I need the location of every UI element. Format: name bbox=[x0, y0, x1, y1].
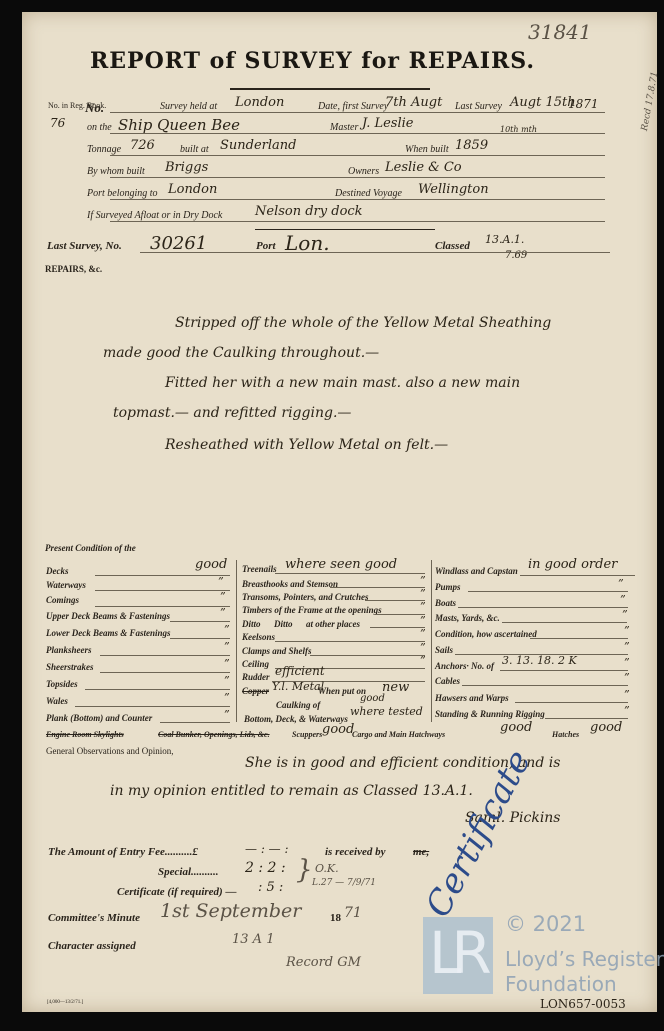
entry-fee-label: The Amount of Entry Fee..........£ bbox=[48, 846, 198, 858]
special-value: 2 : 2 : bbox=[245, 860, 286, 876]
row-line bbox=[458, 607, 628, 608]
row-line bbox=[85, 689, 230, 690]
when-built-note: 10th mth bbox=[500, 125, 537, 134]
by-whom-built-label: By whom built bbox=[87, 166, 145, 177]
cond-transoms-label: Transoms, Pointers, and Crutches bbox=[242, 592, 368, 602]
survey-report-page bbox=[22, 12, 657, 1012]
cargo-hatchways-value: good bbox=[500, 720, 532, 735]
cond-masts-label: Masts, Yards, &c. bbox=[435, 613, 500, 623]
cond-decks-label: Decks bbox=[46, 566, 69, 576]
section-divider bbox=[255, 229, 435, 230]
special-label: Special.......... bbox=[158, 866, 219, 878]
cond-wales-label: Wales bbox=[46, 696, 68, 706]
committee-year-prefix: 18 bbox=[330, 912, 341, 924]
date-first-survey-value: 7th Augt bbox=[385, 95, 442, 110]
row-line bbox=[75, 706, 230, 707]
cond-sheerstrakes-label: Sheerstrakes bbox=[46, 662, 94, 672]
coal-bunker-label: Coal Bunker, Openings, Lids, &c. bbox=[158, 730, 270, 739]
last-survey-port-label: Port bbox=[256, 240, 276, 252]
lr-logo-icon: LR bbox=[423, 917, 493, 994]
row-line bbox=[310, 655, 425, 656]
classed-label: Classed bbox=[435, 240, 470, 252]
port-belonging-label: Port belonging to bbox=[87, 188, 158, 199]
cond-breasthooks-value: ” bbox=[420, 574, 426, 587]
row-line bbox=[95, 575, 230, 576]
observations-line-2: in my opinion entitled to remain as Clas… bbox=[110, 783, 473, 799]
committee-minute-value: 1st September bbox=[160, 900, 301, 922]
watermark-line-1: Lloyd’s Register bbox=[505, 947, 664, 971]
cond-boats-label: Boats bbox=[435, 598, 456, 608]
row-line bbox=[530, 638, 628, 639]
by-whom-built-value: Briggs bbox=[165, 160, 208, 175]
character-assigned-label: Character assigned bbox=[48, 940, 136, 952]
cond-lower-deck-label: Lower Deck Beams & Fastenings bbox=[46, 628, 171, 638]
record-note: Record GM bbox=[286, 955, 361, 970]
cond-hawsers-label: Hawsers and Warps bbox=[435, 693, 509, 703]
last-survey-label: Last Survey bbox=[455, 101, 502, 112]
cond-plank-value: ” bbox=[224, 708, 230, 721]
lr-logo-text: LR bbox=[429, 919, 482, 987]
destined-voyage-label: Destined Voyage bbox=[335, 188, 402, 199]
cond-timbers-openings-value: ” bbox=[420, 600, 426, 613]
committee-minute-label: Committee's Minute bbox=[48, 912, 140, 924]
cond-cables-value: ” bbox=[624, 671, 630, 684]
cond-upper-deck-value: ” bbox=[220, 606, 226, 619]
cond-anchors-label: Anchors· No. of bbox=[435, 661, 494, 671]
certificate-value: : 5 : bbox=[258, 880, 283, 895]
reference-number: 31841 bbox=[528, 20, 592, 44]
cond-ceiling-label: Ceiling bbox=[242, 659, 269, 669]
survey-held-at-label: Survey held at bbox=[160, 101, 217, 112]
committee-year-value: 71 bbox=[344, 905, 362, 921]
row-line bbox=[502, 622, 627, 623]
cond-cables-label: Cables bbox=[435, 676, 460, 686]
cond-keelsons-value: ” bbox=[420, 627, 426, 640]
hatches-label: Hatches bbox=[552, 730, 579, 739]
header-line-6 bbox=[110, 221, 605, 222]
ship-name-value: Ship Queen Bee bbox=[118, 116, 240, 134]
survey-year-value: 1871 bbox=[568, 97, 599, 111]
tonnage-label: Tonnage bbox=[87, 144, 121, 155]
port-belonging-value: London bbox=[168, 182, 217, 197]
cond-plank-label: Plank (Bottom) and Counter bbox=[46, 713, 152, 723]
column-divider-1 bbox=[236, 560, 237, 722]
date-first-survey-label: Date, first Survey bbox=[318, 101, 388, 112]
cond-pumps-value: ” bbox=[618, 577, 624, 590]
header-line-3 bbox=[110, 155, 605, 156]
repairs-label: REPAIRS, &c. bbox=[45, 264, 102, 274]
row-line bbox=[370, 627, 425, 628]
cond-rigging-label: Standing & Running Rigging bbox=[435, 709, 545, 719]
cond-how-ascertained-label: Condition, how ascertained bbox=[435, 629, 537, 639]
cond-timbers-other-value: ” bbox=[420, 614, 426, 627]
when-built-value: 1859 bbox=[455, 138, 488, 153]
last-survey-no-value: 30261 bbox=[150, 233, 207, 254]
cond-ceiling-value: ” bbox=[420, 654, 426, 667]
cond-comings-value: ” bbox=[220, 590, 226, 603]
cond-keelsons-label: Keelsons bbox=[242, 632, 275, 642]
cond-rigging-value: ” bbox=[624, 704, 630, 717]
surveyed-afloat-value: Nelson dry dock bbox=[255, 204, 363, 219]
repairs-line-4: topmast.— and refitted rigging.— bbox=[113, 405, 351, 421]
bracket-note-2: L.27 — 7/9/71 bbox=[312, 878, 376, 888]
owners-value: Leslie & Co bbox=[385, 160, 462, 175]
repairs-line-2: made good the Caulking throughout.— bbox=[103, 345, 379, 361]
fees-bracket: } bbox=[296, 857, 313, 883]
cond-wales-value: ” bbox=[224, 691, 230, 704]
row-line bbox=[275, 573, 425, 574]
cond-rudder-label: Rudder bbox=[242, 672, 270, 682]
classed-value: 13.A.1. bbox=[485, 233, 524, 246]
cond-when-put-on-label: When put on bbox=[318, 686, 366, 696]
cond-rudder-value: efficient bbox=[275, 664, 325, 678]
catalog-number: LON657-0053 bbox=[540, 997, 626, 1011]
scuppers-value: good bbox=[322, 722, 354, 737]
row-line bbox=[160, 722, 230, 723]
condition-heading: Present Condition of the bbox=[45, 543, 136, 553]
no-label: No. bbox=[85, 100, 104, 116]
cond-waterways-label: Waterways bbox=[46, 580, 86, 590]
engine-room-label: Engine Room Skylights bbox=[46, 730, 124, 739]
cond-caulking-value-1: good bbox=[360, 693, 385, 704]
cond-windlass-label: Windlass and Capstan bbox=[435, 566, 518, 576]
cond-boats-value: ” bbox=[620, 593, 626, 606]
last-survey-no-label: Last Survey, No. bbox=[47, 240, 122, 252]
header-line-5 bbox=[110, 199, 605, 200]
bracket-note-1: O.K. bbox=[315, 862, 339, 875]
cond-masts-value: ” bbox=[622, 608, 628, 621]
surveyed-afloat-label: If Surveyed Afloat or in Dry Dock bbox=[87, 210, 222, 221]
row-line bbox=[100, 655, 230, 656]
cond-lower-deck-value: ” bbox=[224, 623, 230, 636]
row-line bbox=[170, 638, 230, 639]
built-at-label: built at bbox=[180, 144, 209, 155]
tonnage-value: 726 bbox=[130, 138, 155, 153]
cond-pumps-label: Pumps bbox=[435, 582, 461, 592]
page-title: REPORT of SURVEY for REPAIRS. bbox=[90, 48, 535, 74]
last-survey-line bbox=[140, 252, 610, 253]
repairs-line-1: Stripped off the whole of the Yellow Met… bbox=[175, 315, 551, 331]
no-in-reg-book-value: 76 bbox=[50, 116, 65, 130]
cargo-hatchways-label: Cargo and Main Hatchways bbox=[352, 730, 445, 739]
received-by-struck: me, bbox=[413, 846, 429, 858]
column-divider-2 bbox=[431, 560, 432, 722]
row-line bbox=[275, 641, 425, 642]
cond-sheerstrakes-value: ” bbox=[224, 657, 230, 670]
row-line bbox=[462, 685, 628, 686]
destined-voyage-value: Wellington bbox=[418, 182, 489, 197]
cond-caulking-value-2: where tested bbox=[350, 705, 423, 718]
header-line-1 bbox=[110, 112, 605, 113]
owners-label: Owners bbox=[348, 166, 379, 177]
row-line bbox=[375, 614, 425, 615]
row-line bbox=[365, 600, 425, 601]
row-line bbox=[95, 606, 230, 607]
cond-sails-value: ” bbox=[624, 640, 630, 653]
row-line bbox=[500, 670, 628, 671]
repairs-line-3: Fitted her with a new main mast. also a … bbox=[165, 375, 520, 391]
observations-label: General Observations and Opinion, bbox=[46, 746, 173, 756]
row-line bbox=[520, 575, 635, 576]
certificate-label: Certificate (if required) — bbox=[117, 886, 236, 898]
received-by-label: is received by bbox=[325, 846, 385, 858]
row-line bbox=[95, 590, 230, 591]
printer-mark: [4,000—13/2/71.] bbox=[47, 1000, 83, 1005]
cond-upper-deck-label: Upper Deck Beams & Fastenings bbox=[46, 611, 170, 621]
cond-timbers-other-label: Ditto Ditto at other places bbox=[242, 619, 360, 629]
cond-planksheers-label: Planksheers bbox=[46, 645, 92, 655]
row-line bbox=[100, 672, 230, 673]
master-label: Master bbox=[330, 122, 358, 133]
cond-planksheers-value: ” bbox=[224, 640, 230, 653]
cond-caulking-label-1: Caulking of bbox=[276, 700, 320, 710]
entry-fee-value: — : — : bbox=[245, 842, 289, 856]
cond-topsides-label: Topsides bbox=[46, 679, 78, 689]
cond-waterways-value: ” bbox=[218, 575, 224, 588]
row-line bbox=[468, 591, 628, 592]
cond-decks-value: good bbox=[195, 557, 227, 572]
cond-treenails-label: Treenails bbox=[242, 564, 277, 574]
cond-treenails-value: where seen good bbox=[285, 557, 397, 572]
row-line bbox=[545, 718, 628, 719]
cond-how-ascertained-value: ” bbox=[624, 624, 630, 637]
built-at-value: Sunderland bbox=[220, 138, 296, 153]
cond-clamps-label: Clamps and Shelfs bbox=[242, 646, 312, 656]
cond-anchors-number: 3. 13. 18. 2 K bbox=[502, 654, 577, 667]
cond-copper-label: Copper bbox=[242, 686, 269, 696]
watermark-line-2: Foundation bbox=[505, 972, 617, 996]
cond-when-put-on-value: new bbox=[382, 680, 409, 695]
repairs-line-5: Resheathed with Yellow Metal on felt.— bbox=[165, 437, 448, 453]
row-line bbox=[170, 621, 230, 622]
last-survey-value: Augt 15th bbox=[510, 95, 576, 110]
row-line bbox=[515, 702, 628, 703]
cond-timbers-openings-label: Timbers of the Frame at the openings bbox=[242, 605, 382, 615]
watermark-copyright: © 2021 bbox=[505, 912, 586, 936]
master-value: J. Leslie bbox=[362, 116, 413, 131]
row-line bbox=[330, 587, 425, 588]
header-line-4 bbox=[110, 177, 605, 178]
cond-clamps-value: ” bbox=[420, 641, 426, 654]
when-built-label: When built bbox=[405, 144, 449, 155]
hatches-value: good bbox=[590, 720, 622, 735]
cond-copper-value: Y.l. Metal bbox=[272, 680, 324, 693]
cond-comings-label: Comings bbox=[46, 595, 79, 605]
on-the-label: on the bbox=[87, 122, 112, 133]
cond-transoms-value: ” bbox=[420, 587, 426, 600]
cond-topsides-value: ” bbox=[224, 674, 230, 687]
cond-hawsers-value: ” bbox=[624, 688, 630, 701]
cond-breasthooks-label: Breasthooks and Stemson bbox=[242, 579, 338, 589]
cond-anchors-value: ” bbox=[624, 656, 630, 669]
survey-held-at-value: London bbox=[235, 95, 284, 110]
scuppers-label: Scuppers bbox=[292, 730, 322, 739]
title-divider bbox=[230, 88, 430, 90]
character-assigned-value: 13 A 1 bbox=[232, 932, 274, 947]
cond-windlass-value: in good order bbox=[528, 557, 617, 572]
cond-sails-label: Sails bbox=[435, 645, 453, 655]
